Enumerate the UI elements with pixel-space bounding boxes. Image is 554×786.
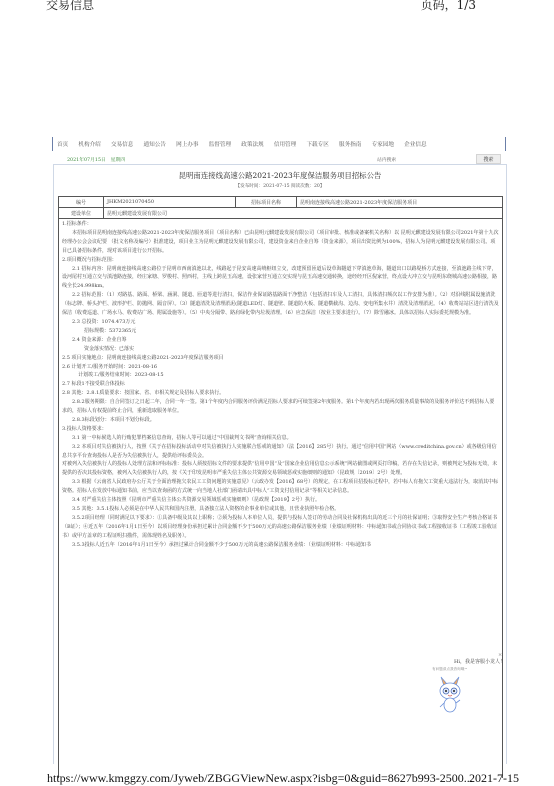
paragraph: 2.2 招标范围：（1）对路基、路面、桥梁、涵洞、隧道、匝道等进行清扫，保洁作业… <box>62 291 499 318</box>
nav-item-credit[interactable]: 信用管理 <box>274 140 296 148</box>
search-button[interactable]: 搜索 <box>476 154 501 164</box>
paragraph: 2.7 标段1不接受联合体投标 <box>62 380 499 389</box>
nav-item-policies[interactable]: 政策法规 <box>241 140 263 148</box>
print-header: 交易信息 页码，1/3 <box>0 0 554 14</box>
paragraph: 3.4 对严重失信主体按照《昆明市严重失信主体公共资源交易领域惩戒实施细则》（昆… <box>62 496 499 505</box>
paragraph: 3.5.3投标人近五年（2016年1月1日至今）承担过累计合同金额不少于500万… <box>62 541 499 550</box>
paragraph: 2.8 其他：2.8.1质量要求：按国家、省、市相关规定及招标人要求执行。 <box>62 389 499 398</box>
page-url: https://www.kmggzy.com/Jyweb/ZBGGViewNew… <box>47 771 473 786</box>
nav-item-experts[interactable]: 专家园地 <box>372 140 394 148</box>
paragraph: 2.6 计划开工/服务开始时间：2021-08-16 <box>62 363 499 372</box>
section-heading: 1.招标条件： <box>62 220 499 229</box>
paragraph: 3.5 其他：3.5.1投标人必须是在中华人民共和国内注册，具备独立法人资格的企… <box>62 505 499 514</box>
chat-hint: 有问题请点我咨询哦~ <box>432 667 467 672</box>
paragraph: 3.5.2项目经理（同时满足以下要求）：①具备中级及其以上职称；②须为投标人本单… <box>62 514 499 541</box>
paragraph: 3.3 根据《云南省人民政府办公厅关于全面治理拖欠农民工工资问题的实施意见》（云… <box>62 478 499 496</box>
nav-item-online-services[interactable]: 网上办事 <box>176 140 198 148</box>
current-date: 2021年07月15日 星期四 <box>67 156 125 163</box>
section-heading: 2.项目概况与招标范围： <box>62 256 499 265</box>
paragraph: 对被列入失信被执行人的投标人处理方法和评标标准：投标人须按招标文件的要求提供“信… <box>62 460 499 478</box>
paragraph: 2.1 招标内容：昆明南连接线高速公路位于昆明市西南滇池以北，线路起于昆安高速高… <box>62 265 499 292</box>
main-nav: 首页 机构介绍 交易信息 通知公告 网上办事 监督管理 政策法规 信用管理 下载… <box>52 137 506 151</box>
builder-value: 昆明元麒建设发展有限公司 <box>104 208 503 219</box>
paragraph: 3.1 第一中标候选人的行贿犯罪档案信息查询，招标人等可以通过“中国裁判文书网”… <box>62 434 499 443</box>
nav-item-enterprise[interactable]: 企业信息 <box>404 140 426 148</box>
page-title: 昆明南连接线高速公路2021-2023年度保洁服务项目招标公告 <box>54 170 506 181</box>
nav-item-about[interactable]: 机构介绍 <box>78 140 100 148</box>
paragraph: 2.8.2服务期限：自合同签订之日起二年，合同一年一签。第1个年度内合同服务评价… <box>62 398 499 416</box>
publish-meta: 【发布时间：2021-07-15 阅读次数：20】 <box>54 183 506 189</box>
builder-label: 建设单位 <box>59 208 104 219</box>
nav-item-transactions[interactable]: 交易信息 <box>111 140 133 148</box>
chat-greeting[interactable]: Hi，我是客服小龙人！ <box>454 658 505 665</box>
code-value: JHKM2021070450 <box>104 197 236 208</box>
site-search-label[interactable]: 站内搜索 <box>377 156 396 163</box>
nav-item-supervision[interactable]: 监督管理 <box>209 140 231 148</box>
nav-item-downloads[interactable]: 下载专区 <box>306 140 328 148</box>
project-name-value: 昆明南连接线高速公路2021-2023年度保洁服务项目 <box>297 197 503 208</box>
nav-item-guide[interactable]: 服务指南 <box>339 140 361 148</box>
paragraph: 2.5 项目实施地点：昆明南连接线高速公路2021-2023年度保洁服务项目 <box>62 354 499 363</box>
paragraph: 资金落实情况：已落实 <box>62 345 499 354</box>
project-name-label: 招标项目名称 <box>236 197 297 208</box>
paragraph: 本招标项目昆明南连接线高速公路2021-2023年度保洁服务项目（项目名称）已由… <box>62 229 499 256</box>
mascot-dragon-icon[interactable] <box>437 676 463 714</box>
print-header-page-number: 页码，1/3 <box>421 0 476 13</box>
paragraph: 2.8.3标段划分：本项目不划分标段。 <box>62 416 499 425</box>
print-date: 2021-7-15 <box>469 771 519 786</box>
paragraph: 招标规模：5372365元 <box>62 327 499 336</box>
paragraph: 3.2 本项目对失信被执行人，按照《关于在招标投标活动中对失信被执行人实施联合惩… <box>62 443 499 461</box>
code-label: 编号 <box>59 197 104 208</box>
paragraph: 2.4 资金来源：企业自筹 <box>62 336 499 345</box>
print-header-section: 交易信息 <box>46 0 94 13</box>
section-heading: 3.投标人资格要求： <box>62 425 499 434</box>
project-info-table: 编号 JHKM2021070450 招标项目名称 昆明南连接线高速公路2021-… <box>58 196 503 219</box>
paragraph: 计划竣工/服务结束时间：2023-08-15 <box>62 371 499 380</box>
paragraph: 2.3 总投资：1074.473万元 <box>62 318 499 327</box>
nav-item-home[interactable]: 首页 <box>57 140 68 148</box>
nav-item-notices[interactable]: 通知公告 <box>144 140 166 148</box>
customer-service-widget[interactable]: × Hi，我是客服小龙人！ 有问题请点我咨询哦~ <box>426 652 516 732</box>
